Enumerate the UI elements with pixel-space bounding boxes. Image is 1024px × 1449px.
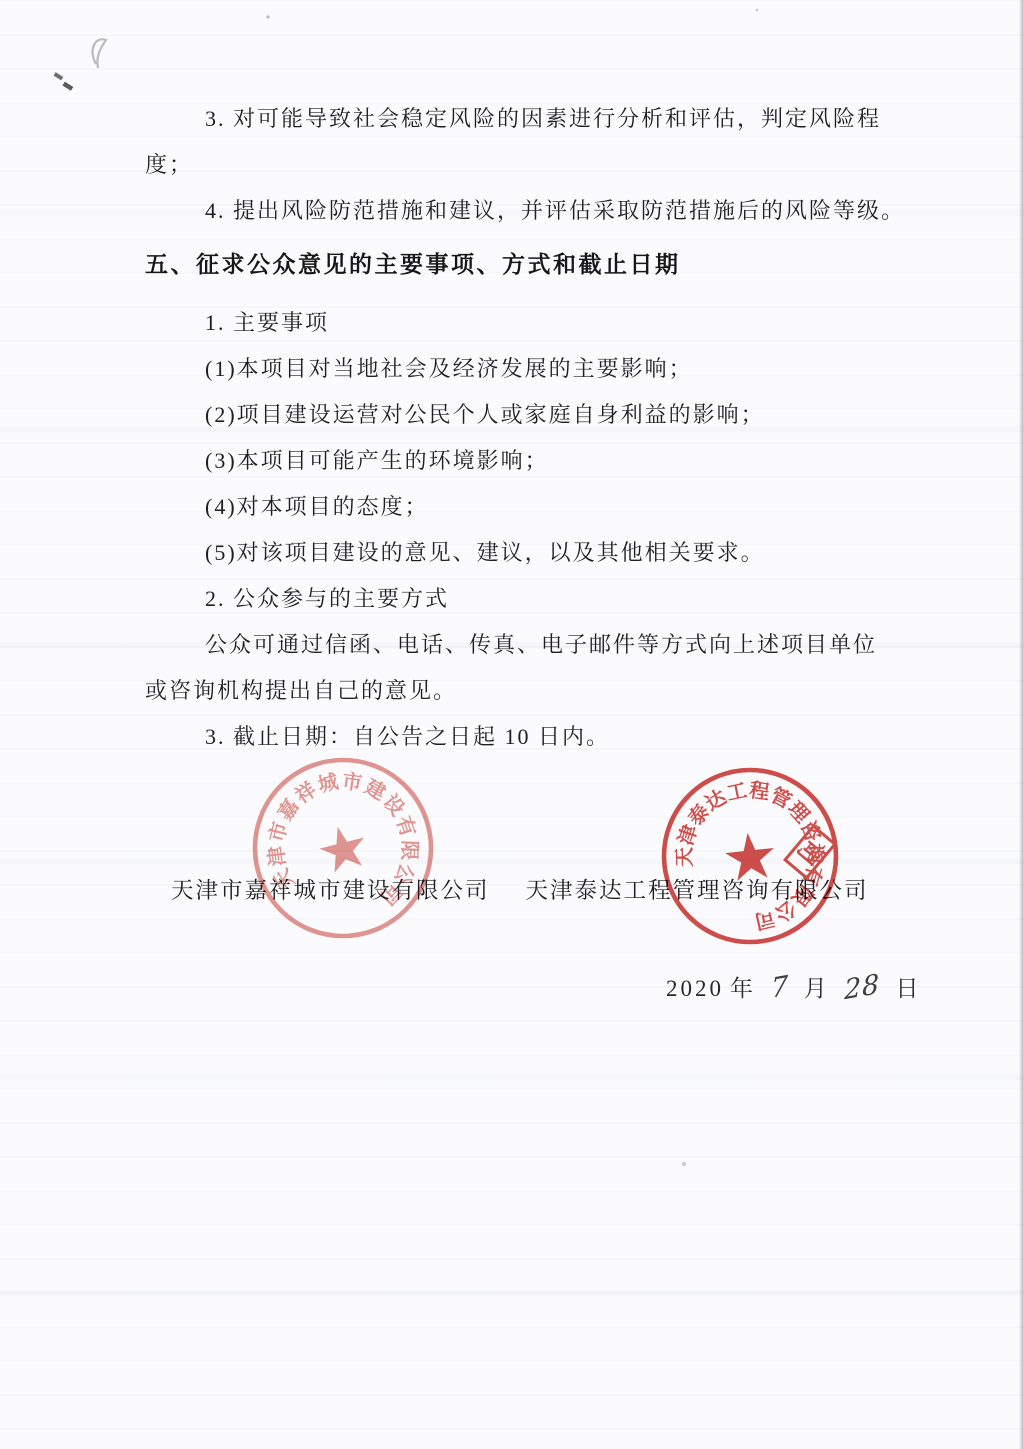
jiaxiang-company-seal: ★天津市嘉祥城市建设有限公司 bbox=[255, 760, 431, 936]
svg-text:市: 市 bbox=[264, 819, 292, 844]
svg-text:限: 限 bbox=[397, 840, 421, 861]
svg-text:泰: 泰 bbox=[683, 800, 714, 831]
svg-text:公: 公 bbox=[389, 860, 418, 888]
scan-speck bbox=[266, 15, 269, 18]
svg-text:设: 设 bbox=[379, 790, 409, 820]
date-year-unit: 年 bbox=[730, 976, 756, 1001]
scan-smudge bbox=[93, 39, 106, 68]
scan-speck bbox=[756, 9, 759, 12]
text-line: 3. 对可能导致社会稳定风险的因素进行分析和评估，判定风险程 bbox=[145, 96, 897, 142]
svg-text:司: 司 bbox=[791, 833, 827, 869]
svg-text:司: 司 bbox=[375, 879, 405, 909]
svg-text:津: 津 bbox=[673, 820, 702, 848]
svg-text:咨: 咨 bbox=[796, 817, 826, 845]
svg-text:询: 询 bbox=[803, 843, 828, 864]
left-company-name: 天津市嘉祥城市建设有限公司 bbox=[171, 868, 490, 914]
text-line: 五、征求公众意见的主要事项、方式和截止日期 bbox=[145, 241, 897, 287]
text-line: 公众可通过信函、电话、传真、电子邮件等方式向上述项目单位 bbox=[145, 622, 897, 668]
seal-boxed-char: 司 bbox=[785, 826, 835, 878]
text-line: 3. 截止日期：自公告之日起 10 日内。 bbox=[145, 714, 897, 760]
text-line: 或咨询机构提出自己的意见。 bbox=[145, 668, 897, 714]
text-line: (4)对本项目的态度； bbox=[145, 484, 897, 530]
date-day-handwritten: 28 bbox=[845, 969, 881, 1007]
svg-text:★: ★ bbox=[309, 811, 377, 888]
scanned-document-page: 3. 对可能导致社会稳定风险的因素进行分析和评估，判定风险程 度； 4. 提出风… bbox=[0, 0, 1024, 1449]
svg-text:程: 程 bbox=[748, 779, 771, 805]
svg-text:理: 理 bbox=[783, 797, 814, 828]
date-year: 2020 bbox=[666, 976, 724, 1001]
date-month-handwritten: 7 bbox=[771, 970, 789, 1005]
text-line: (1)本项目对当地社会及经济发展的主要影响； bbox=[145, 346, 897, 392]
svg-text:管: 管 bbox=[766, 783, 795, 814]
svg-text:达: 达 bbox=[701, 784, 731, 815]
svg-text:城: 城 bbox=[316, 770, 342, 797]
svg-text:限: 限 bbox=[787, 881, 817, 911]
svg-text:★: ★ bbox=[718, 819, 782, 896]
text-line: 度； bbox=[145, 142, 897, 188]
svg-text:公: 公 bbox=[770, 896, 800, 927]
taida-company-seal: ★天津泰达工程管理咨询有限公司司 bbox=[664, 770, 836, 942]
text-line: (5)对该项目建设的意见、建议，以及其他相关要求。 bbox=[145, 530, 897, 576]
svg-text:市: 市 bbox=[341, 769, 364, 796]
text-line: (3)本项目可能产生的环境影响； bbox=[145, 438, 897, 484]
scan-speck bbox=[682, 1162, 686, 1166]
scan-mark bbox=[62, 82, 73, 91]
svg-text:天: 天 bbox=[270, 865, 300, 893]
signature-row: 天津市嘉祥城市建设有限公司 天津泰达工程管理咨询有限公司 bbox=[145, 868, 897, 914]
svg-text:祥: 祥 bbox=[291, 777, 321, 808]
text-line: 4. 提出风险防范措施和建议，并评估采取防范措施后的风险等级。 bbox=[145, 188, 897, 234]
text-line: 1. 主要事项 bbox=[145, 300, 897, 346]
date-line: 2020年 7 月 28 日 bbox=[145, 970, 897, 1003]
right-company-name: 天津泰达工程管理咨询有限公司 bbox=[526, 868, 869, 914]
text-line: (2)项目建设运营对公民个人或家庭自身利益的影响； bbox=[145, 392, 897, 438]
document-body: 3. 对可能导致社会稳定风险的因素进行分析和评估，判定风险程 度； 4. 提出风… bbox=[145, 96, 897, 760]
svg-text:有: 有 bbox=[798, 863, 827, 889]
date-day-unit: 日 bbox=[896, 976, 922, 1001]
svg-text:嘉: 嘉 bbox=[273, 795, 304, 825]
svg-text:建: 建 bbox=[361, 774, 390, 805]
svg-text:工: 工 bbox=[725, 780, 749, 806]
svg-text:津: 津 bbox=[263, 844, 289, 868]
svg-text:有: 有 bbox=[392, 813, 421, 840]
svg-text:天: 天 bbox=[673, 847, 696, 867]
scan-mark bbox=[54, 72, 64, 80]
date-month-unit: 月 bbox=[804, 976, 830, 1001]
text-line: 2. 公众参与的主要方式 bbox=[145, 576, 897, 622]
page-edge-shadow bbox=[1019, 0, 1024, 1449]
svg-text:司: 司 bbox=[752, 906, 777, 933]
